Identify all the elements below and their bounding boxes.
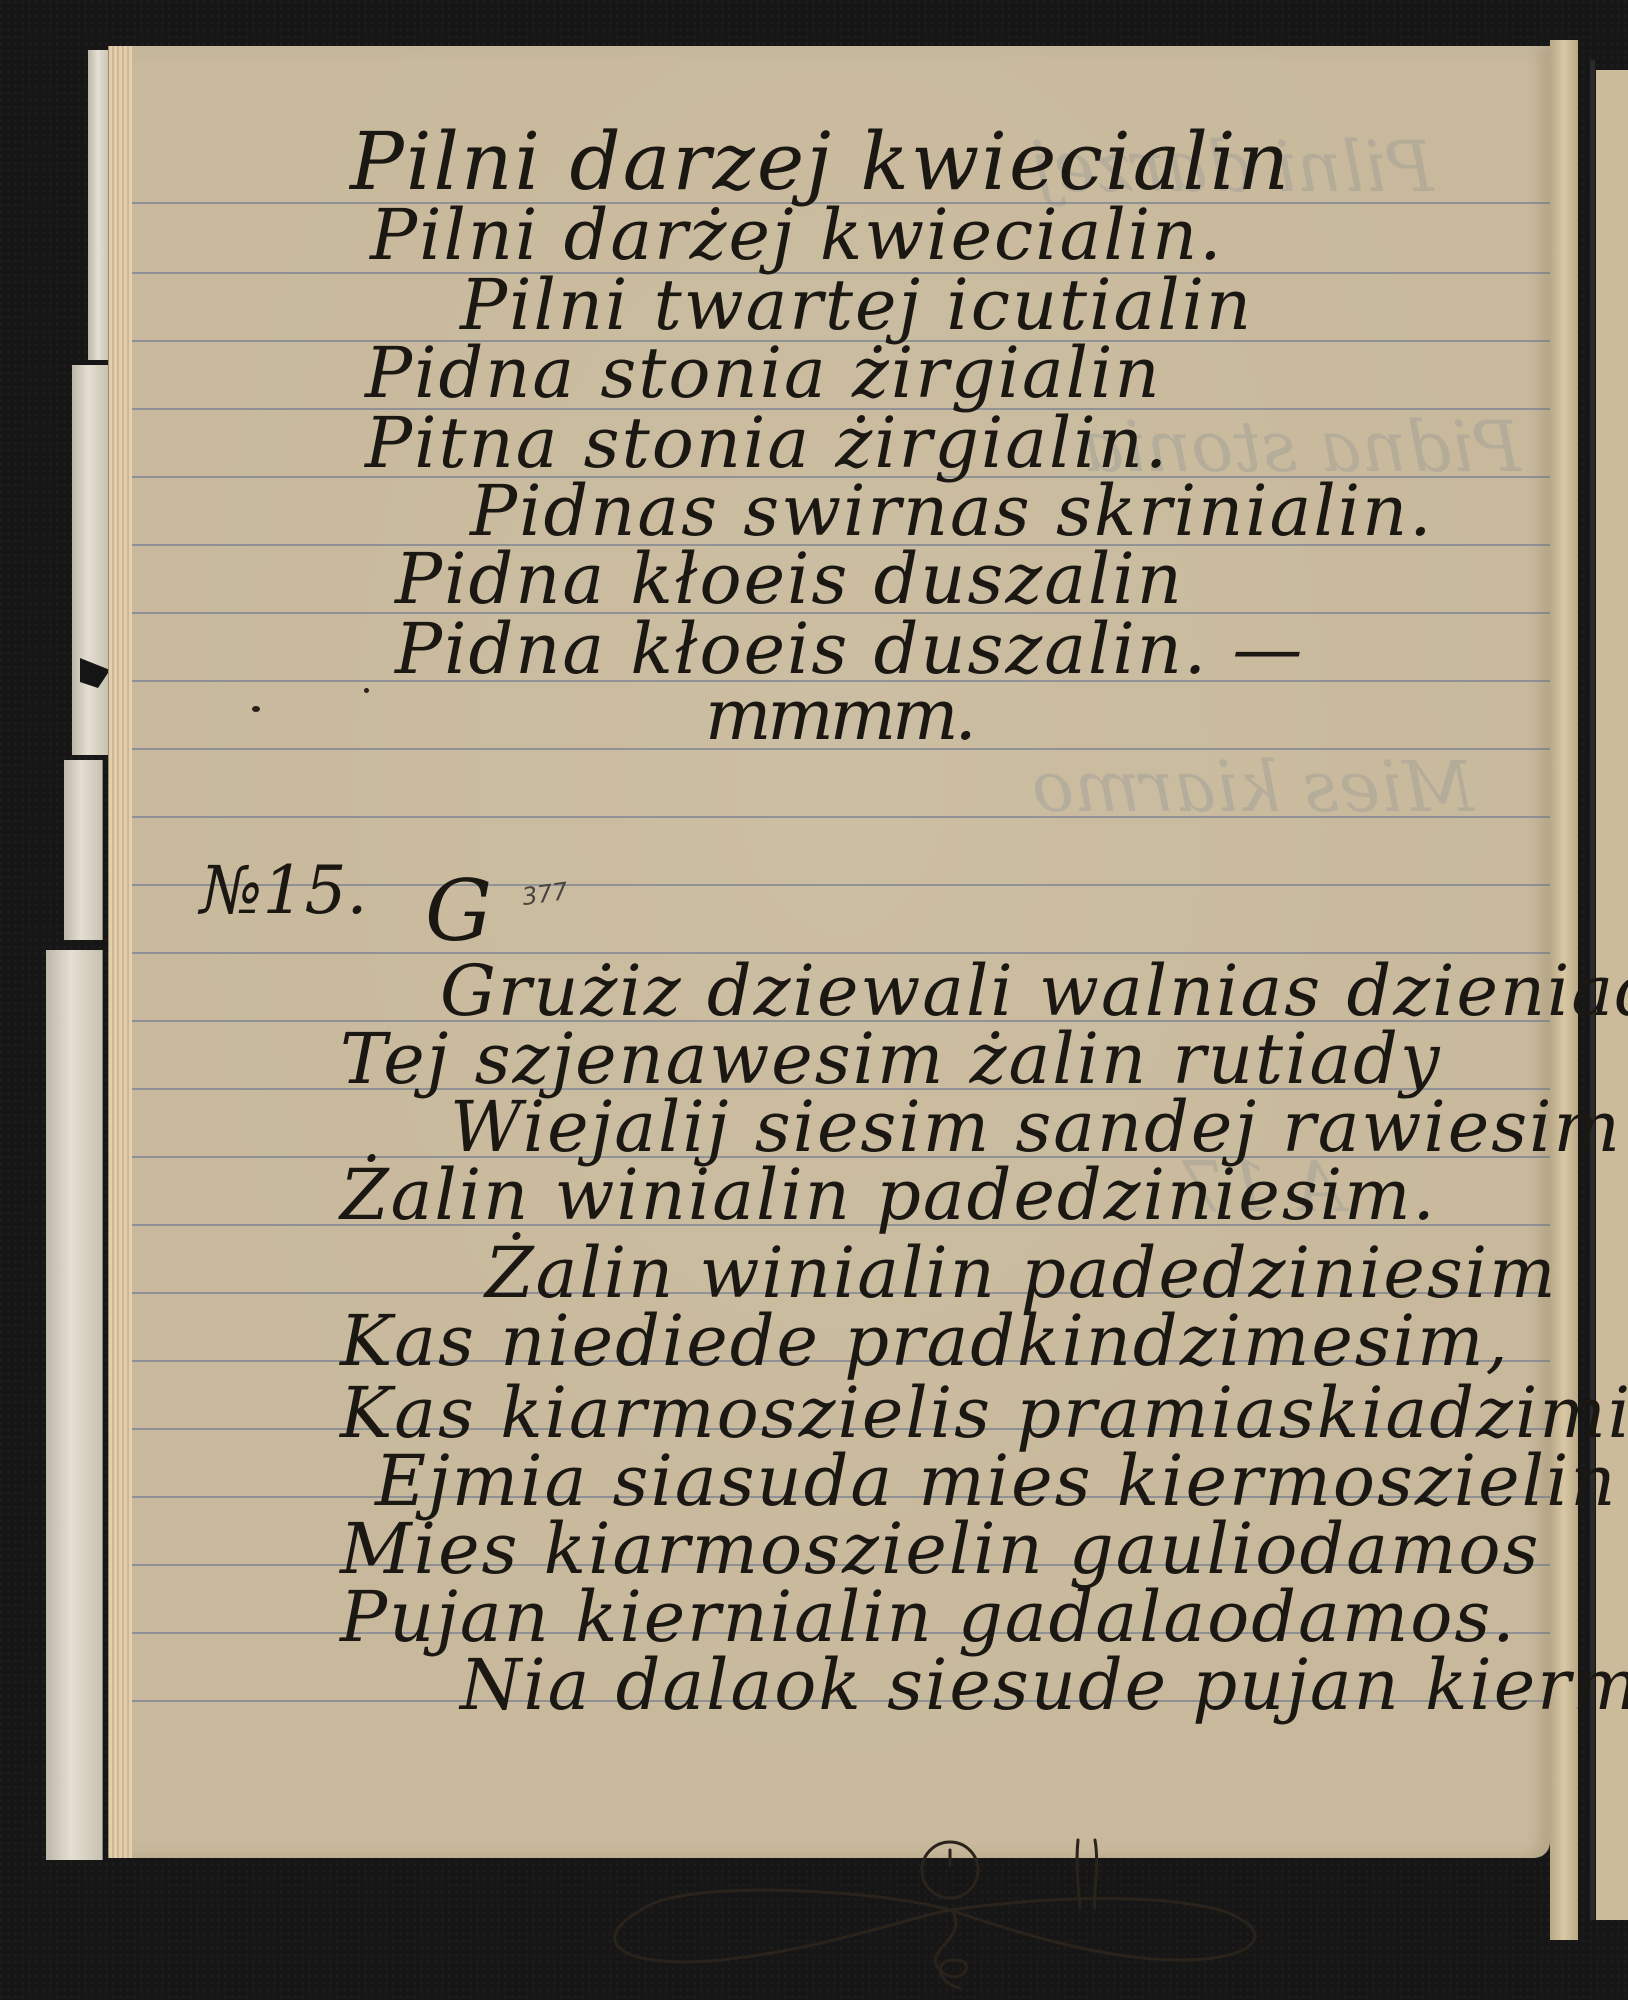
stanza-2-line-1: Grużiz dziewali walnias dzieniadaz xyxy=(440,956,1628,1026)
stanza-1-line-4: Pidna stonia żirgialin xyxy=(365,338,1162,408)
stanza-1-line-2: Pilni darżej kwiecialin. xyxy=(370,200,1223,270)
stanza-1-line-3: Pilni twartej icutialin xyxy=(460,270,1253,340)
ink-speck xyxy=(364,688,369,693)
stanza-2-line-11: Nia dalaok siesude pujan kiermalin. xyxy=(460,1650,1628,1720)
stanza-2-line-5: Żalin winialin padedziniesim xyxy=(485,1238,1558,1308)
separator-squiggle: mmmm. xyxy=(705,680,973,750)
stanza-2-line-8: Ejmia siasuda mies kiermoszielin xyxy=(375,1446,1617,1516)
stanza-2-line-10: Pujan kiernialin gadalaodamos. xyxy=(340,1582,1517,1652)
stanza-1-line-6: Pidnas swirnas skrinialin. xyxy=(470,476,1433,546)
stanza-2-line-7: Kas kiarmoszielis pramiaskiadzimiez xyxy=(340,1378,1628,1448)
stanza-2-line-2: Tej szjenawesim żalin rutiady xyxy=(340,1024,1442,1094)
stanza-1-line-7: Pidna kłoeis duszalin xyxy=(395,544,1184,614)
flourish-ornament-icon xyxy=(580,1810,1300,1990)
stanza-1-line-1: Pilni darzej kwiecialin xyxy=(350,122,1291,202)
stanza-2-line-9: Mies kiarmoszielin gauliodamos xyxy=(340,1514,1540,1584)
stanza-1-line-5: Pitna stonia żirgialin. xyxy=(365,408,1169,478)
binding-tape xyxy=(46,950,103,1860)
binding-tape xyxy=(72,365,109,755)
entry-letter: G xyxy=(425,862,492,960)
bleed-through-text: Mies kiarmo xyxy=(1032,746,1474,828)
entry-number: №15. xyxy=(200,852,367,929)
binding-tape xyxy=(64,760,103,940)
stanza-2-line-4: Żalin winialin padedziniesim. xyxy=(340,1160,1437,1230)
stanza-2-line-3: Wiejalij siesim sandej rawiesim xyxy=(450,1092,1622,1162)
stanza-2-line-6: Kas niediede pradkindzimesim, xyxy=(340,1306,1510,1376)
ink-speck xyxy=(252,706,260,712)
